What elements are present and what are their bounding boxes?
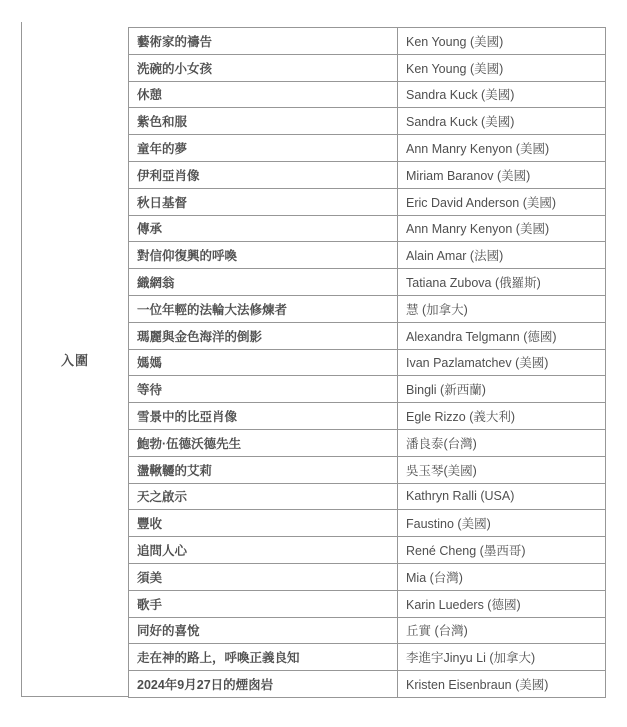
table-row: 鮑勃·伍德沃德先生潘良泰(台灣) (129, 429, 606, 456)
table-row: 雪景中的比亞肖像Egle Rizzo (義大利) (129, 403, 606, 430)
table-row: 天之啟示Kathryn Ralli (USA) (129, 483, 606, 510)
finalist-results-section: 入圍 藝術家的禱告Ken Young (美國)洗碗的小女孩Ken Young (… (0, 0, 627, 727)
artwork-title: 鮑勃·伍德沃德先生 (129, 429, 398, 456)
artist-name: Ivan Pazlamatchev (美國) (398, 349, 606, 376)
table-row: 瑪麗與金色海洋的倒影Alexandra Telgmann (德國) (129, 322, 606, 349)
category-cell: 入圍 (21, 22, 128, 697)
artist-name: Ken Young (美國) (398, 54, 606, 81)
artwork-title: 媽媽 (129, 349, 398, 376)
artwork-title: 織網翁 (129, 269, 398, 296)
artwork-title: 豐收 (129, 510, 398, 537)
artwork-title: 秋日基督 (129, 188, 398, 215)
artwork-title: 一位年輕的法輪大法修煉者 (129, 295, 398, 322)
table-row: 童年的夢Ann Manry Kenyon (美國) (129, 135, 606, 162)
artwork-title: 瑪麗與金色海洋的倒影 (129, 322, 398, 349)
artist-name: Karin Lueders (德國) (398, 590, 606, 617)
table-row: 走在神的路上，呼喚正義良知李進宇Jinyu Li (加拿大) (129, 644, 606, 671)
artwork-title: 休憩 (129, 81, 398, 108)
artwork-title: 伊利亞肖像 (129, 161, 398, 188)
artwork-title: 雪景中的比亞肖像 (129, 403, 398, 430)
artist-name: Faustino (美國) (398, 510, 606, 537)
artist-name: 丘實 (台灣) (398, 617, 606, 644)
artwork-title: 紫色和服 (129, 108, 398, 135)
artwork-title: 藝術家的禱告 (129, 28, 398, 55)
artist-name: Mia (台灣) (398, 563, 606, 590)
artist-name: Ann Manry Kenyon (美國) (398, 135, 606, 162)
artwork-title: 傳承 (129, 215, 398, 242)
artwork-title: 盪鞦韆的艾莉 (129, 456, 398, 483)
artist-name: Kathryn Ralli (USA) (398, 483, 606, 510)
table-row: 等待Bingli (新西蘭) (129, 376, 606, 403)
results-table: 藝術家的禱告Ken Young (美國)洗碗的小女孩Ken Young (美國)… (128, 27, 606, 698)
artist-name: Alexandra Telgmann (德國) (398, 322, 606, 349)
artwork-title: 同好的喜悅 (129, 617, 398, 644)
artist-name: 慧 (加拿大) (398, 295, 606, 322)
artist-name: Tatiana Zubova (俄羅斯) (398, 269, 606, 296)
artwork-title: 等待 (129, 376, 398, 403)
artwork-title: 童年的夢 (129, 135, 398, 162)
artist-name: Bingli (新西蘭) (398, 376, 606, 403)
artist-name: René Cheng (墨西哥) (398, 537, 606, 564)
artist-name: Sandra Kuck (美國) (398, 81, 606, 108)
table-row: 2024年9月27日的煙囪岩Kristen Eisenbraun (美國) (129, 671, 606, 698)
artist-name: 潘良泰(台灣) (398, 429, 606, 456)
table-row: 歌手Karin Lueders (德國) (129, 590, 606, 617)
artist-name: Ken Young (美國) (398, 28, 606, 55)
artwork-title: 對信仰復興的呼喚 (129, 242, 398, 269)
artist-name: Kristen Eisenbraun (美國) (398, 671, 606, 698)
table-row: 對信仰復興的呼喚Alain Amar (法國) (129, 242, 606, 269)
table-row: 洗碗的小女孩Ken Young (美國) (129, 54, 606, 81)
table-row: 傳承Ann Manry Kenyon (美國) (129, 215, 606, 242)
artist-name: 吳玉琴(美國) (398, 456, 606, 483)
artist-name: Miriam Baranov (美國) (398, 161, 606, 188)
artwork-title: 須美 (129, 563, 398, 590)
artist-name: Alain Amar (法國) (398, 242, 606, 269)
table-row: 秋日基督Eric David Anderson (美國) (129, 188, 606, 215)
table-row: 伊利亞肖像Miriam Baranov (美國) (129, 161, 606, 188)
artwork-title: 天之啟示 (129, 483, 398, 510)
artwork-title: 追問人心 (129, 537, 398, 564)
artwork-title: 歌手 (129, 590, 398, 617)
artwork-title: 2024年9月27日的煙囪岩 (129, 671, 398, 698)
table-row: 織網翁Tatiana Zubova (俄羅斯) (129, 269, 606, 296)
artist-name: Eric David Anderson (美國) (398, 188, 606, 215)
category-label: 入圍 (61, 350, 89, 369)
artwork-title: 走在神的路上，呼喚正義良知 (129, 644, 398, 671)
artwork-title: 洗碗的小女孩 (129, 54, 398, 81)
artist-name: Ann Manry Kenyon (美國) (398, 215, 606, 242)
table-row: 紫色和服Sandra Kuck (美國) (129, 108, 606, 135)
table-row: 一位年輕的法輪大法修煉者慧 (加拿大) (129, 295, 606, 322)
table-row: 同好的喜悅丘實 (台灣) (129, 617, 606, 644)
table-row: 休憩Sandra Kuck (美國) (129, 81, 606, 108)
table-row: 須美Mia (台灣) (129, 563, 606, 590)
table-row: 藝術家的禱告Ken Young (美國) (129, 28, 606, 55)
results-table-body: 藝術家的禱告Ken Young (美國)洗碗的小女孩Ken Young (美國)… (129, 28, 606, 698)
table-row: 追問人心René Cheng (墨西哥) (129, 537, 606, 564)
artist-name: Sandra Kuck (美國) (398, 108, 606, 135)
table-row: 盪鞦韆的艾莉吳玉琴(美國) (129, 456, 606, 483)
artist-name: 李進宇Jinyu Li (加拿大) (398, 644, 606, 671)
table-row: 媽媽Ivan Pazlamatchev (美國) (129, 349, 606, 376)
table-row: 豐收Faustino (美國) (129, 510, 606, 537)
artist-name: Egle Rizzo (義大利) (398, 403, 606, 430)
